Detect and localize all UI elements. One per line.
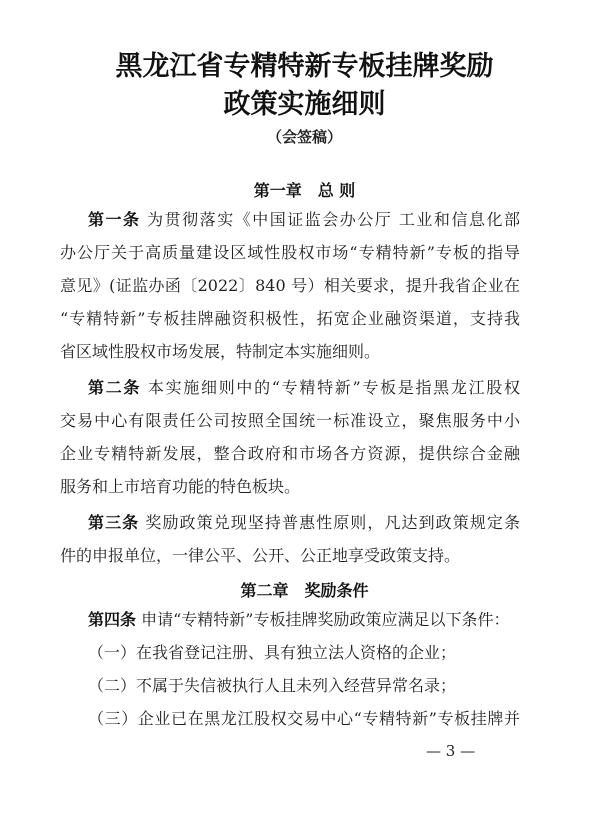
article-2-line-1: 第二条 本实施细则中的“专精特新”专板是指黑龙江股权 (88, 378, 520, 398)
article-1-line-2: 办公厅关于高质量建设区域性股权市场“专精特新”专板的指导 (60, 243, 520, 263)
condition-1: （一）在我省登记注册、具有独立法人资格的企业； (88, 643, 520, 663)
article-1-text: 为贯彻落实《中国证监会办公厅 工业和信息化部 (141, 210, 520, 229)
article-2-line-2: 交易中心有限责任公司按照全国统一标准设立，聚焦服务中小 (60, 411, 520, 431)
article-3-line-2: 件的申报单位，一律公平、公开、公正地享受政策支持。 (60, 546, 520, 566)
article-3-line-1: 第三条 奖励政策兑现坚持普惠性原则，凡达到政策规定条 (88, 513, 520, 533)
article-2-text: 本实施细则中的“专精特新”专板是指黑龙江股权 (141, 378, 520, 397)
document-page: 黑龙江省专精特新专板挂牌奖励 政策实施细则 （会签稿） 第一章 总 则 第一条 … (0, 0, 609, 820)
condition-2: （二）不属于失信被执行人且未列入经营异常名录； (88, 676, 520, 696)
page-number: — 3 — (426, 742, 475, 760)
document-title-line2: 政策实施细则 (0, 82, 609, 121)
article-1-line-3: 意见》(证监办函〔2022〕840 号）相关要求，提升我省企业在 (60, 276, 520, 296)
chapter-heading-2: 第二章 奖励条件 (0, 578, 609, 601)
document-title-line1: 黑龙江省专精特新专板挂牌奖励 (0, 44, 609, 83)
article-4-label: 第四条 (88, 610, 136, 629)
article-1-label: 第一条 (88, 210, 141, 229)
article-3-text: 奖励政策兑现坚持普惠性原则，凡达到政策规定条 (139, 513, 520, 532)
document-subtitle: （会签稿） (0, 126, 609, 147)
article-1-line-5: 省区域性股权市场发展，特制定本实施细则。 (60, 342, 520, 362)
article-1-line-1: 第一条 为贯彻落实《中国证监会办公厅 工业和信息化部 (88, 210, 520, 230)
chapter-heading-1: 第一章 总 则 (0, 178, 609, 201)
article-1-line-4: “专精特新”专板挂牌融资积极性，拓宽企业融资渠道，支持我 (60, 309, 520, 329)
article-4-text: 申请“专精特新”专板挂牌奖励政策应满足以下条件： (136, 610, 509, 629)
article-2-label: 第二条 (88, 378, 141, 397)
condition-3: （三）企业已在黑龙江股权交易中心“专精特新”专板挂牌并 (88, 709, 520, 729)
article-2-line-3: 企业专精特新发展，整合政府和市场各方资源，提供综合金融 (60, 444, 520, 464)
article-2-line-4: 服务和上市培育功能的特色板块。 (60, 477, 520, 497)
article-4-line-1: 第四条 申请“专精特新”专板挂牌奖励政策应满足以下条件： (88, 610, 520, 630)
article-3-label: 第三条 (88, 513, 139, 532)
